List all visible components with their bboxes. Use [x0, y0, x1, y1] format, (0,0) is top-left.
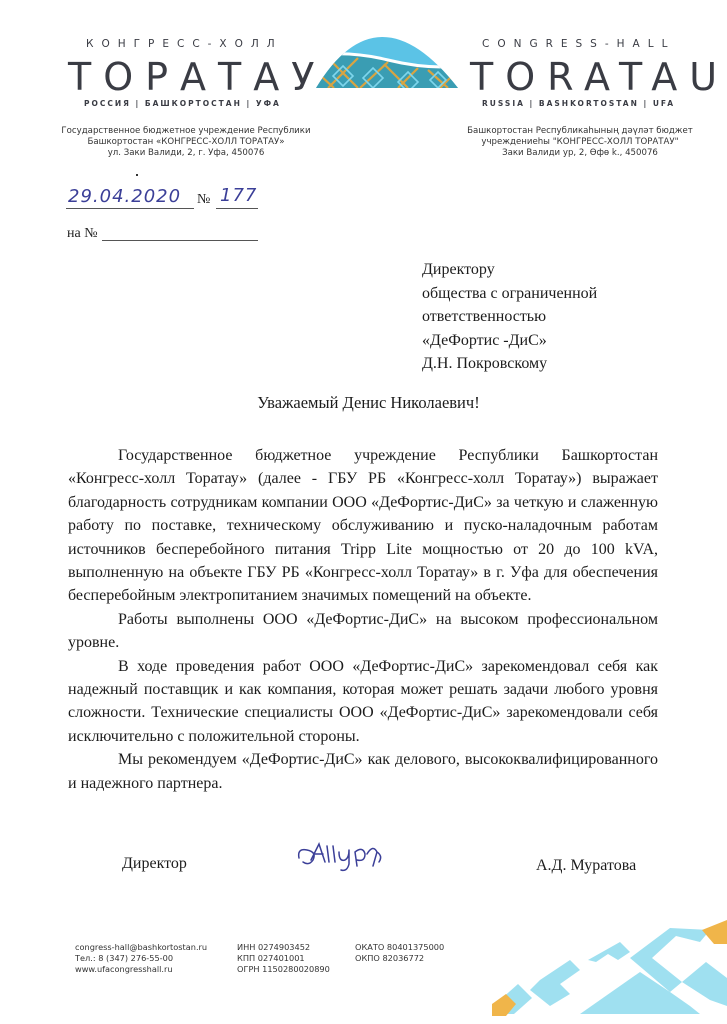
number-label: № [197, 192, 210, 208]
addressee-line: общества с ограниченной [422, 282, 597, 306]
ornament-corner-decoration-icon [470, 900, 727, 1024]
footer-contacts: congress-hall@bashkortostan.ru Тел.: 8 (… [75, 942, 207, 974]
reply-label: на № [67, 226, 98, 242]
date-line [66, 208, 194, 209]
brand-title-en: TORATAU [470, 58, 727, 96]
body-paragraph: Работы выполнены ООО «ДеФортис-ДиС» на в… [68, 608, 658, 655]
footer-phone: Тел.: 8 (347) 276-55-00 [75, 953, 207, 964]
org-address-line: Заки Валиди ур, 2, Өфө k., 450076 [450, 148, 710, 159]
greeting: Уважаемый Денис Николаевич! [0, 393, 727, 413]
org-address-line: ул. Заки Валиди, 2, г. Уфа, 450076 [56, 148, 316, 159]
footer-okpo: ОКПО 82036772 [355, 953, 444, 964]
footer-requisites-1: ИНН 0274903452 КПП 027401001 ОГРН 115028… [237, 942, 330, 974]
body-paragraph: Мы рекомендуем «ДеФортис-ДиС» как делово… [68, 748, 658, 795]
letter-date: 29.04.2020 [68, 186, 181, 207]
footer-okato: ОКАТО 80401375000 [355, 942, 444, 953]
reply-number-line [102, 240, 258, 241]
addressee-line: Директору [422, 258, 597, 282]
org-address-line: Башкортостан «КОНГРЕСС-ХОЛЛ ТОРАТАУ» [56, 137, 316, 148]
letter-body: Государственное бюджетное учреждение Рес… [68, 444, 658, 795]
footer-ogrn: ОГРН 1150280020890 [237, 964, 330, 975]
org-address-line: Башкортостан Республикаһының дәүләт бюдж… [450, 126, 710, 137]
brand-subtitle-en: RUSSIA | BASHKORTOSTAN | UFA [482, 99, 675, 108]
footer-requisites-2: ОКАТО 80401375000 ОКПО 82036772 [355, 942, 444, 964]
handwritten-signature-icon [295, 836, 395, 876]
addressee-line: «ДеФортис -ДиС» [422, 329, 597, 353]
body-paragraph: В ходе проведения работ ООО «ДеФортис-Ди… [68, 655, 658, 749]
brand-title-ru: ТОРАТАУ [68, 58, 326, 96]
org-address-ru: Государственное бюджетное учреждение Рес… [56, 126, 316, 159]
signatory-position: Директор [122, 855, 187, 873]
footer-email: congress-hall@bashkortostan.ru [75, 942, 207, 953]
body-paragraph: Государственное бюджетное учреждение Рес… [68, 444, 658, 608]
brand-top-line-en: CONGRESS-HALL [482, 38, 675, 50]
addressee-block: Директору общества с ограниченной ответс… [422, 258, 597, 376]
addressee-line: Д.Н. Покровскому [422, 352, 597, 376]
org-address-line: учреждениеһы "КОНГРЕСС-ХОЛЛ ТОРАТАУ" [450, 137, 710, 148]
org-address-ba: Башкортостан Республикаһының дәүләт бюдж… [450, 126, 710, 159]
signatory-name: А.Д. Муратова [536, 857, 636, 875]
mountain-ornament-logo-icon [308, 26, 468, 90]
footer-inn: ИНН 0274903452 [237, 942, 330, 953]
footer-website: www.ufacongresshall.ru [75, 964, 207, 975]
stray-dot [136, 174, 138, 176]
addressee-line: ответственностью [422, 305, 597, 329]
number-line [216, 208, 258, 209]
footer-kpp: КПП 027401001 [237, 953, 330, 964]
letter-number: 177 [220, 185, 257, 206]
brand-subtitle-ru: РОССИЯ | БАШКОРТОСТАН | УФА [84, 99, 281, 108]
org-address-line: Государственное бюджетное учреждение Рес… [56, 126, 316, 137]
brand-top-line-ru: КОНГРЕСС-ХОЛЛ [86, 38, 283, 50]
